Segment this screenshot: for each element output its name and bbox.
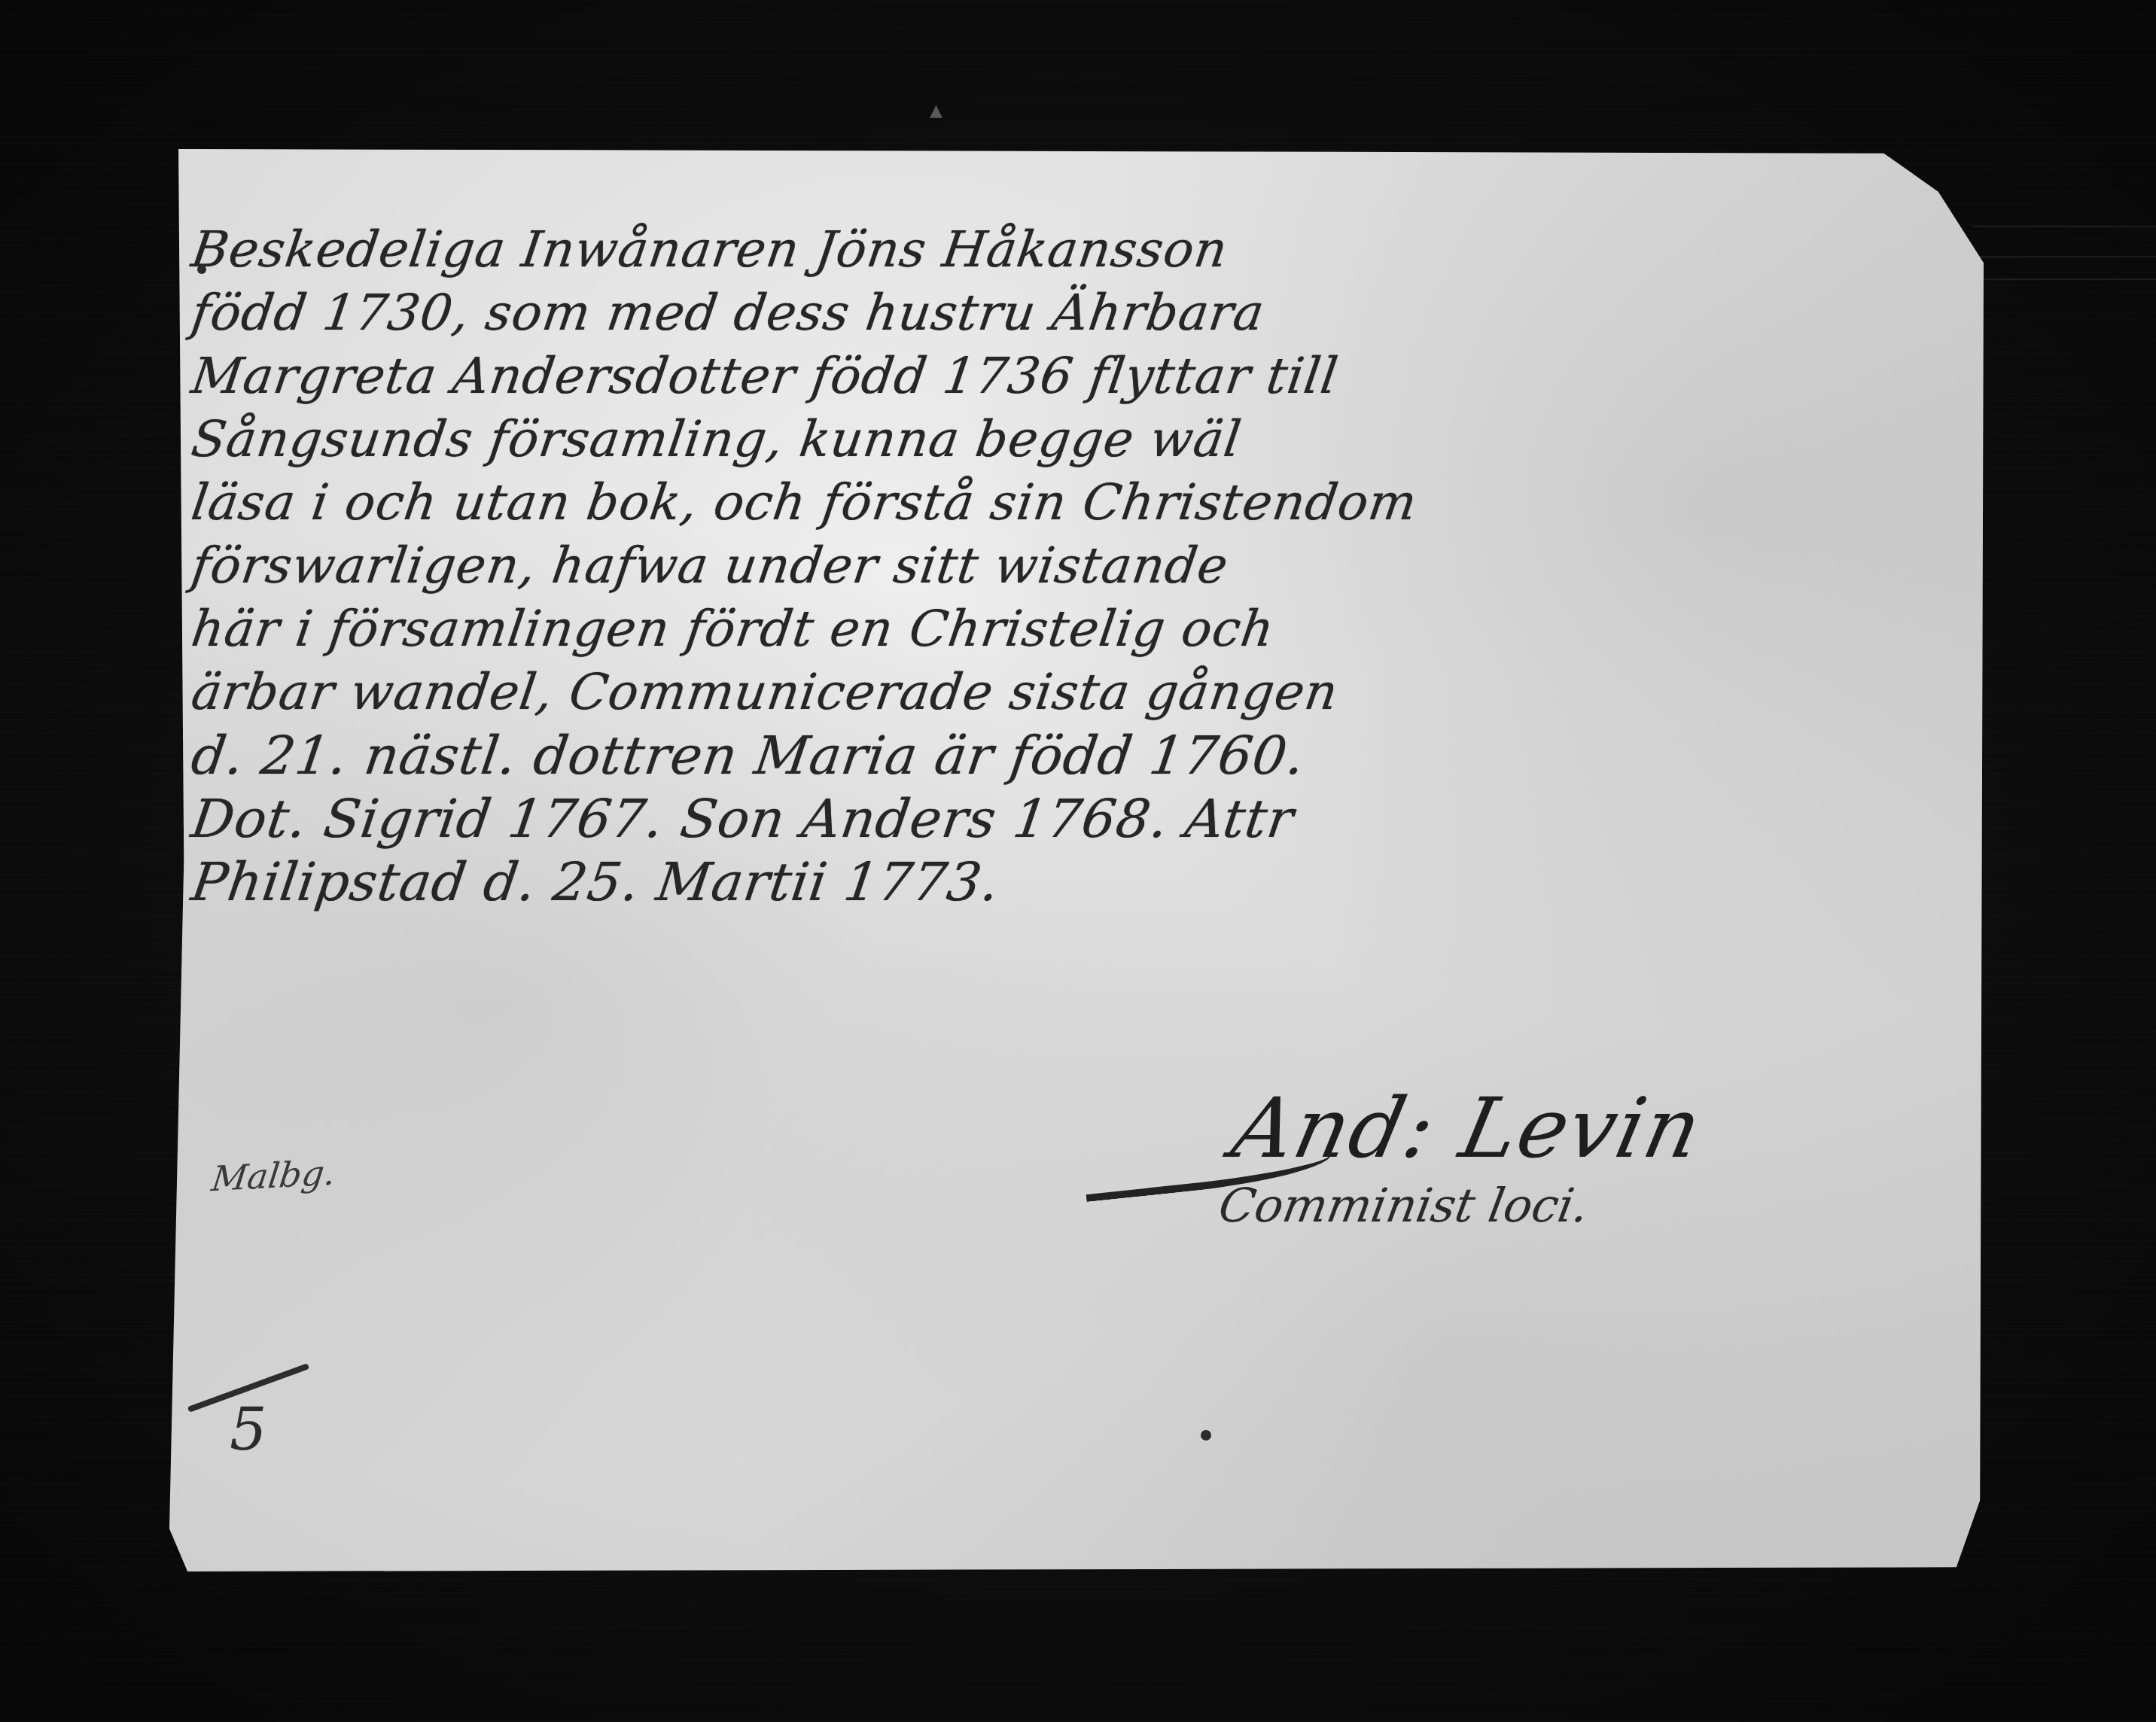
folio-mark: 5 <box>184 1355 312 1475</box>
scan-artifact <box>1972 278 2156 280</box>
document-line: född 1730, som med dess hustru Ährbara <box>187 281 1966 345</box>
document-line: Margreta Andersdotter född 1736 flyttar … <box>187 345 1966 408</box>
document-line: Dot. Sigrid 1767. Son Anders 1768. Attr <box>187 787 1966 850</box>
document-line: ärbar wandel, Communicerade sista gången <box>187 661 1966 724</box>
film-edge-mark: ▲ <box>930 102 942 120</box>
document-line: läsa i och utan bok, och förstå sin Chri… <box>187 471 1966 534</box>
document-line: här i församlingen fördt en Christelig o… <box>187 598 1966 661</box>
document-line: Sångsunds församling, kunna begge wäl <box>187 408 1966 471</box>
folio-number: 5 <box>230 1396 267 1464</box>
document-line: d. 21. nästl. dottren Maria är född 1760… <box>187 724 1966 787</box>
margin-note: Malbg. <box>209 1152 338 1199</box>
scan-artifact <box>1972 226 2156 227</box>
document-line: förswarligen, hafwa under sitt wistande <box>187 534 1966 598</box>
ink-dot <box>197 265 206 274</box>
document-line: Philipstad d. 25. Martii 1773. <box>187 850 1966 914</box>
signature: And: Levin <box>1224 1080 1710 1176</box>
document-body: Beskedeliga Inwånaren Jöns Håkansson föd… <box>192 218 1961 914</box>
signatory-title: Comminist loci. <box>1215 1178 1594 1233</box>
document-line: Beskedeliga Inwånaren Jöns Håkansson <box>187 218 1966 281</box>
ink-dot <box>1201 1430 1211 1441</box>
scan-artifact <box>1972 256 2156 257</box>
